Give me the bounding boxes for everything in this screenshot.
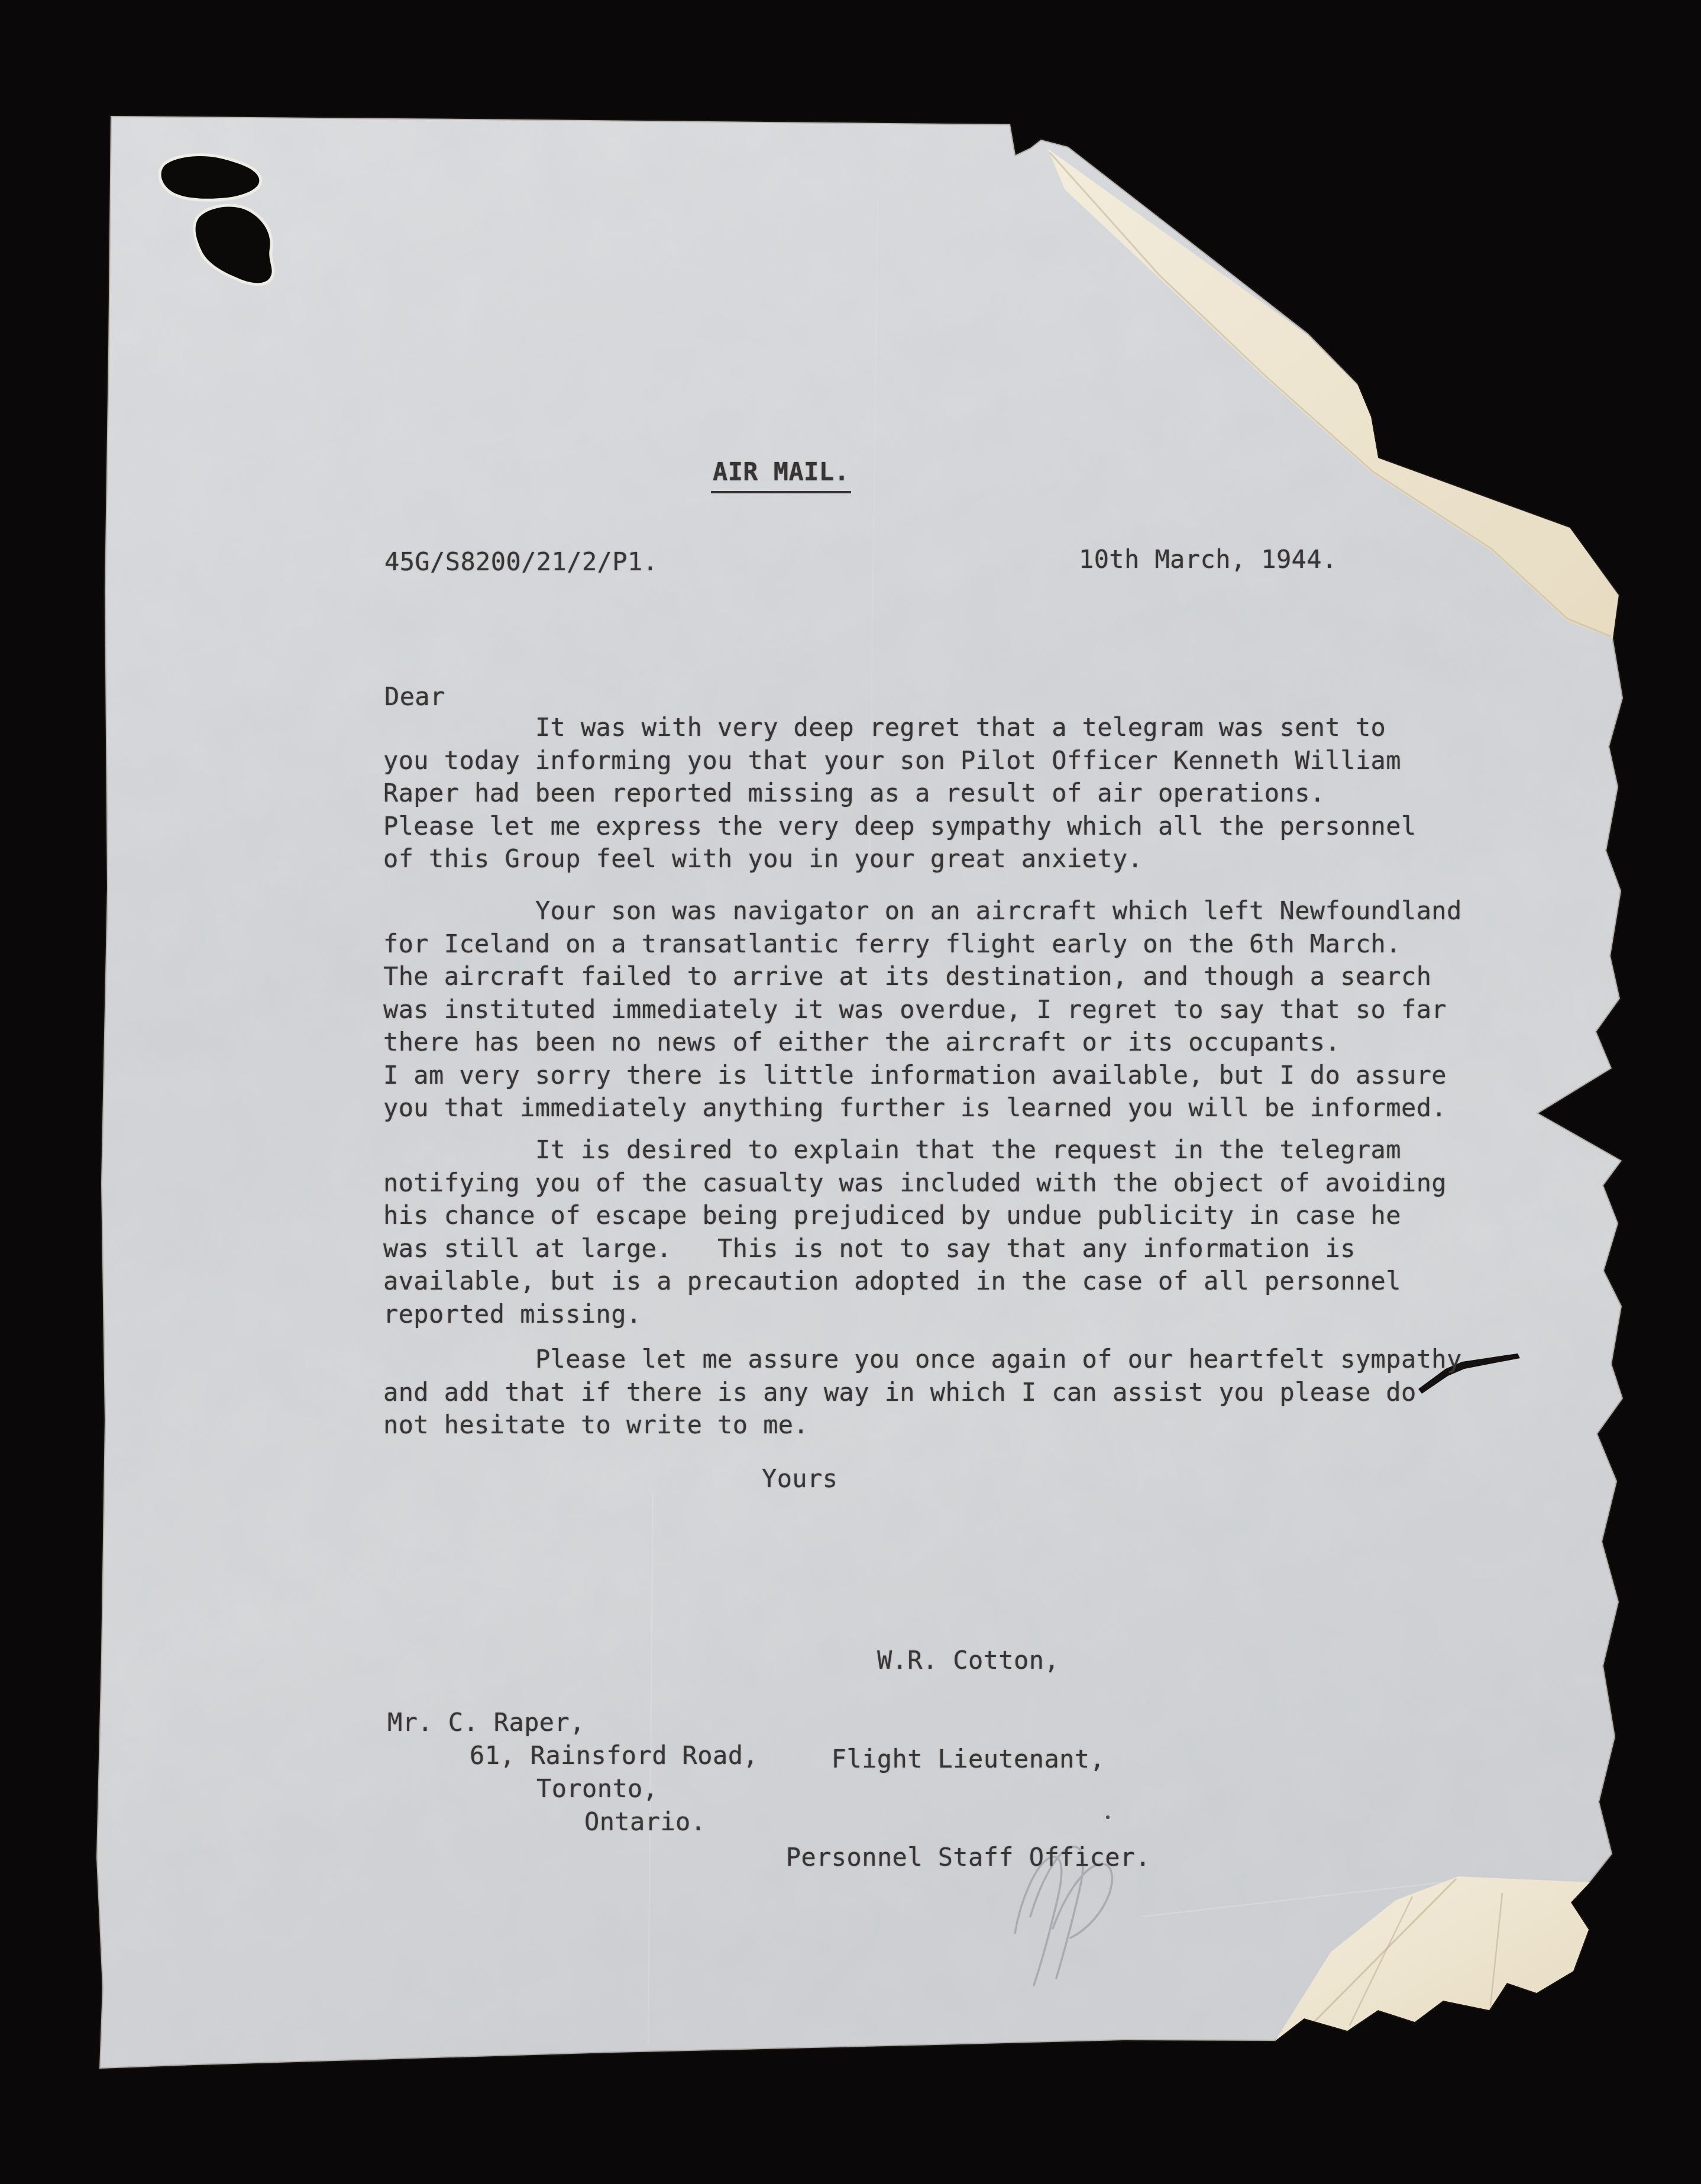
salutation: Dear: [384, 680, 445, 713]
paragraph-4: Please let me assure you once again of o…: [383, 1343, 1472, 1442]
reference-number: 45G/S8200/21/2/P1.: [384, 545, 658, 579]
letter-text: AIR MAIL. 45G/S8200/21/2/P1. 10th March,…: [0, 0, 1701, 2184]
paragraph-1: It was with very deep regret that a tele…: [383, 711, 1472, 875]
signature-name: W.R. Cotton,: [786, 1644, 1150, 1677]
recipient-name: Mr. C. Raper,: [387, 1706, 585, 1739]
letter-date: 10th March, 1944.: [1079, 543, 1337, 576]
paragraph-3: It is desired to explain that the reques…: [383, 1133, 1472, 1330]
signature-rank: Flight Lieutenant,: [786, 1743, 1150, 1776]
signature-block: W.R. Cotton, Flight Lieutenant, Personne…: [786, 1578, 1150, 1940]
paragraph-2: Your son was navigator on an aircraft wh…: [383, 894, 1472, 1125]
airmail-heading: AIR MAIL.: [711, 455, 851, 493]
closing-yours: Yours: [762, 1462, 837, 1495]
scanned-letter-scene: AIR MAIL. 45G/S8200/21/2/P1. 10th March,…: [0, 0, 1701, 2184]
recipient-street: 61, Rainsford Road,: [470, 1739, 758, 1772]
signature-title: Personnel Staff Officer.: [786, 1841, 1150, 1874]
recipient-province: Ontario.: [584, 1805, 706, 1839]
recipient-city: Toronto,: [536, 1772, 658, 1805]
